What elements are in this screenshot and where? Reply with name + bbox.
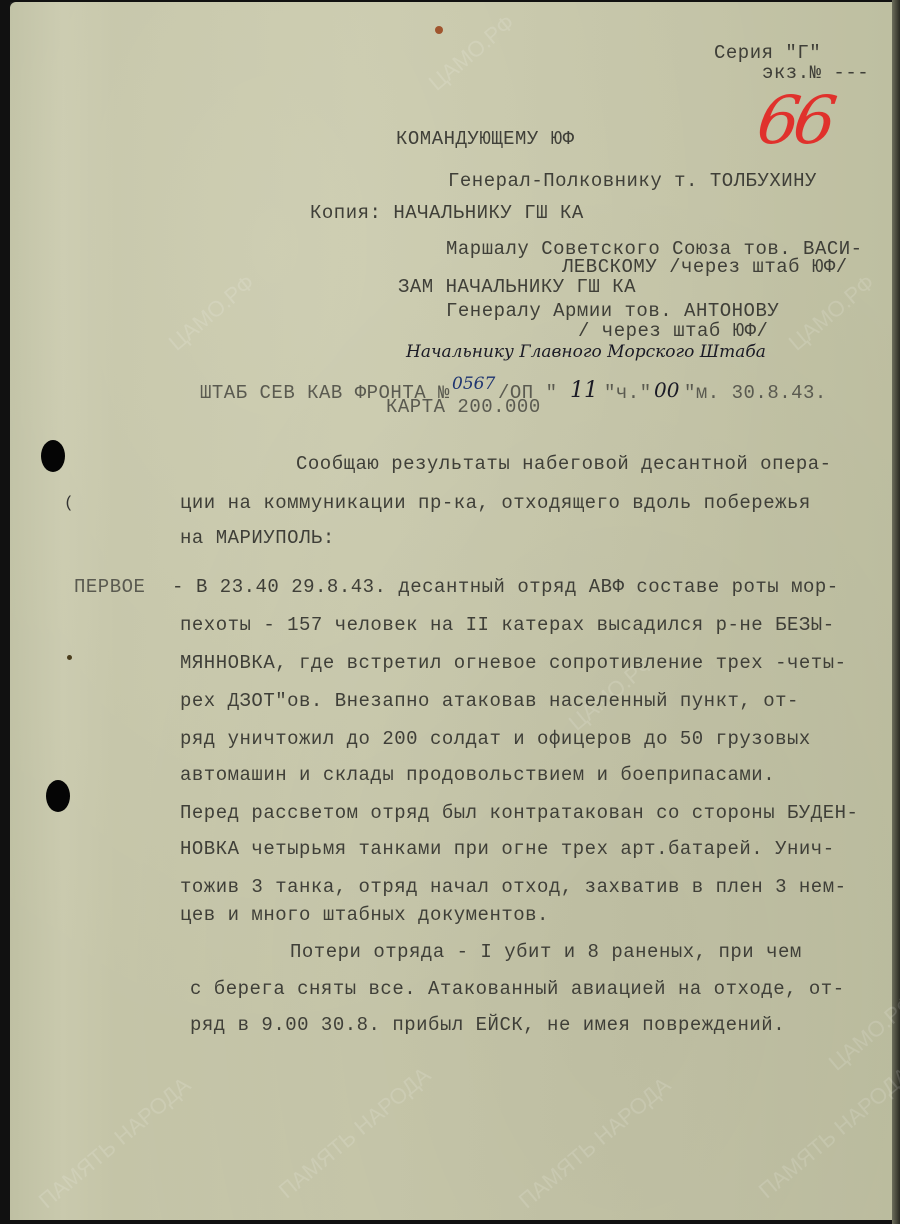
intro-line: ции на коммуникации пр-ка, отходящего вд… — [180, 492, 811, 514]
stain-mark — [67, 655, 72, 660]
hour-label: "ч." — [604, 382, 652, 404]
section-line: ряд уничтожил до 200 солдат и офицеров д… — [180, 728, 811, 750]
intro-line: Сообщаю результаты набеговой десантной о… — [296, 453, 832, 475]
copy-addressee-1: Копия: НАЧАЛЬНИКУ ГШ КА — [310, 202, 584, 224]
stain-mark — [435, 26, 443, 34]
minute-label: "м. 30.8.43. — [684, 382, 827, 404]
page-number-handwritten: 66 — [753, 82, 836, 159]
hour-handwritten: 11 — [570, 378, 598, 403]
copy-number: экз.№ --- — [762, 62, 869, 84]
handwritten-addressee: Начальнику Главного Морского Штаба — [406, 342, 766, 362]
punch-hole-icon — [41, 440, 65, 472]
series-label: Серия "Г" — [714, 42, 821, 64]
pencil-mark: ( — [64, 494, 74, 512]
map-scale: КАРТА 200.000 — [386, 396, 541, 418]
minute-handwritten: 00 — [654, 378, 679, 402]
scan-edge — [892, 0, 900, 1224]
section-label: ПЕРВОЕ — [74, 576, 145, 598]
copy-addressee-2-line2: Генералу Армии тов. АНТОНОВУ — [446, 300, 779, 322]
copy-addressee-2: ЗАМ НАЧАЛЬНИКУ ГШ КА — [398, 276, 636, 298]
copy-addressee-2-line3: / через штаб ЮФ/ — [578, 320, 768, 342]
reference-number-handwritten: 0567 — [452, 374, 495, 394]
section-line: Перед рассветом отряд был контратакован … — [180, 802, 858, 824]
addressee-commander: КОМАНДУЮЩЕМУ ЮФ — [396, 128, 575, 150]
section-dash: - — [172, 576, 184, 598]
copy-addressee-1-line3: ЛЕВСКОМУ /через штаб ЮФ/ — [562, 256, 848, 278]
section-line: В 23.40 29.8.43. десантный отряд АВФ сос… — [196, 576, 839, 598]
losses-line: с берега сняты все. Атакованный авиацией… — [190, 978, 845, 1000]
section-line: тожив 3 танка, отряд начал отход, захват… — [180, 876, 847, 898]
addressee-general: Генерал-Полковнику т. ТОЛБУХИНУ — [448, 170, 817, 192]
section-line: автомашин и склады продовольствием и бое… — [180, 764, 775, 786]
intro-line: на МАРИУПОЛЬ: — [180, 527, 335, 549]
losses-line: Потери отряда - I убит и 8 раненых, при … — [290, 941, 802, 963]
section-line: пехоты - 157 человек на II катерах высад… — [180, 614, 835, 636]
section-line: НОВКА четырьмя танками при огне трех арт… — [180, 838, 835, 860]
section-line: рех ДЗОТ"ов. Внезапно атаковав населенны… — [180, 690, 799, 712]
section-line: МЯННОВКА, где встретил огневое сопротивл… — [180, 652, 847, 674]
punch-hole-icon — [46, 780, 70, 812]
losses-line: ряд в 9.00 30.8. прибыл ЕЙСК, не имея по… — [190, 1014, 785, 1036]
section-line: цев и много штабных документов. — [180, 904, 549, 926]
